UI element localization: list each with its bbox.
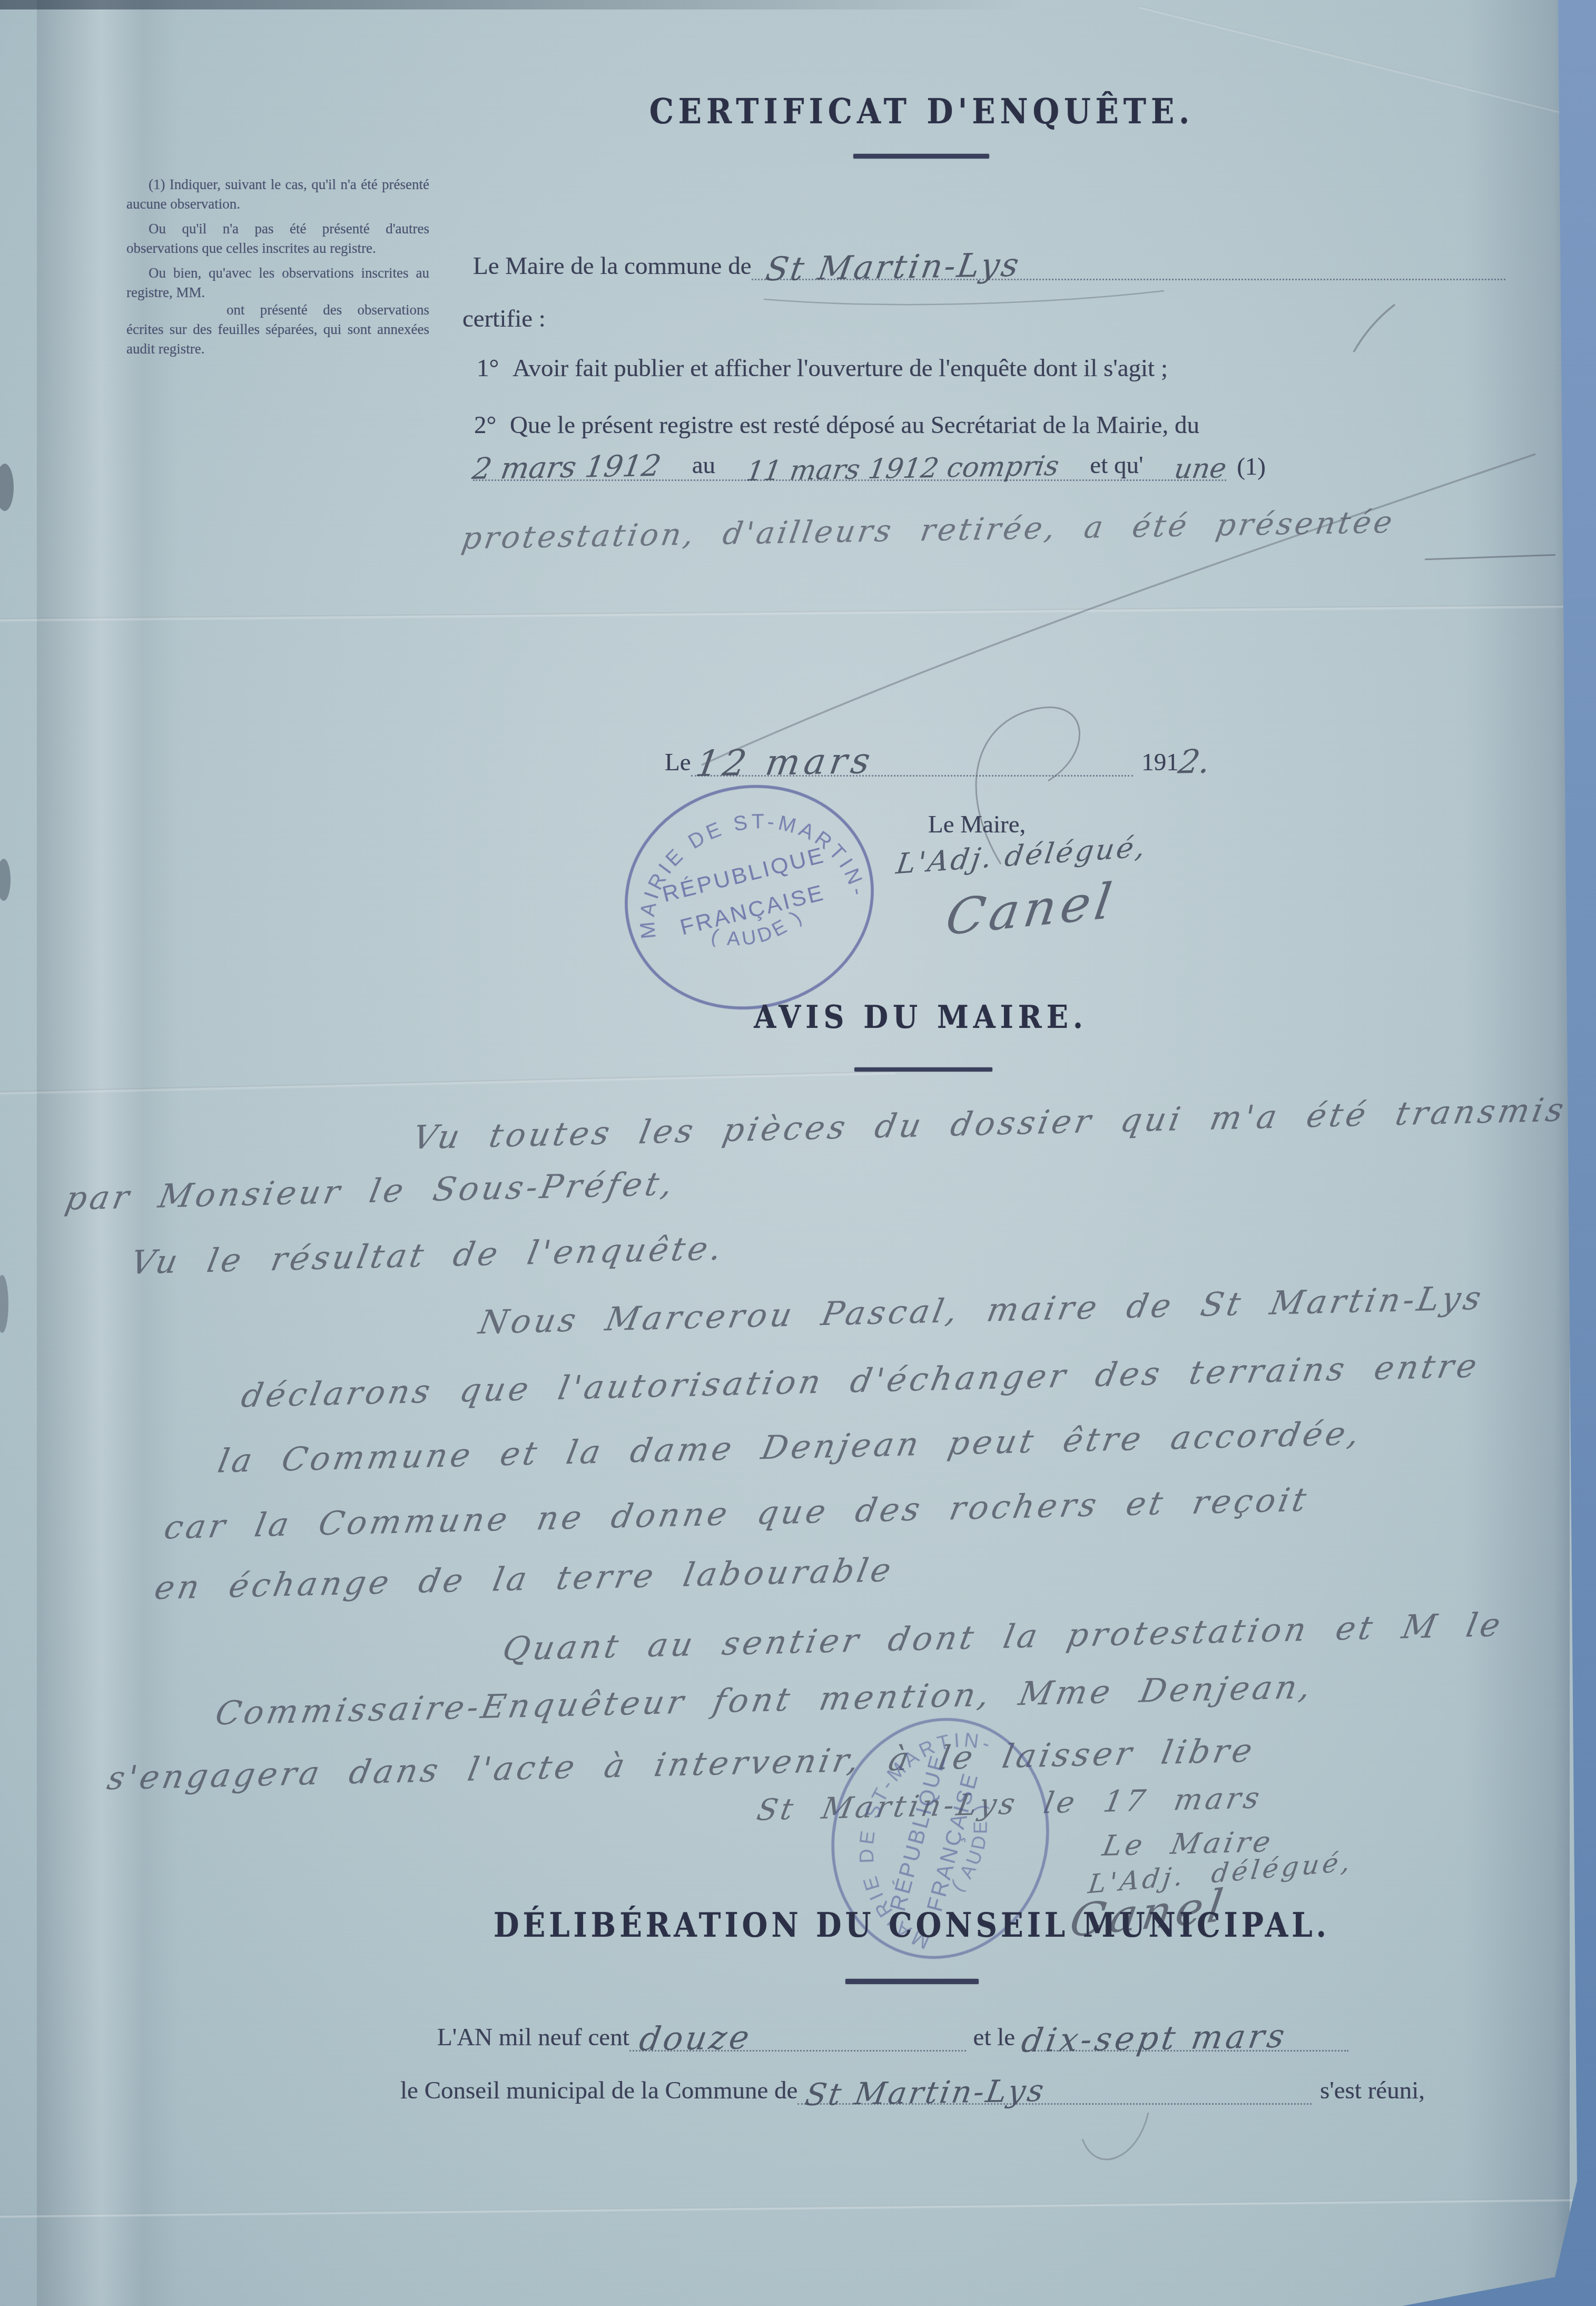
- et-le-label: et le: [973, 2023, 1016, 2052]
- item-2: 2° Que le présent registre est resté dép…: [474, 411, 1199, 439]
- avis-line-9: Quant au sentier dont la protestation et…: [500, 1605, 1507, 1668]
- reuni-label: s'est réuni,: [1320, 2076, 1425, 2105]
- handwritten-commune-2: St Martin-Lys: [803, 2073, 1048, 2113]
- bottom-descender-flourish: [1082, 2113, 1148, 2160]
- avis-line-1: Vu toutes les pièces du dossier qui m'a …: [410, 1090, 1570, 1156]
- item-2-text: Que le présent registre est resté déposé…: [510, 411, 1199, 439]
- top-edge-shadow: [0, 0, 1027, 9]
- avis-line-4: Nous Marcerou Pascal, maire de St Martin…: [476, 1279, 1487, 1341]
- avis-line-3: Vu le résultat de l'enquête.: [127, 1229, 728, 1281]
- crease-diagonal-top-right: [1139, 6, 1596, 124]
- le-maire-label: Le Maire,: [928, 810, 1026, 839]
- margin-note-paragraph-4: ont présenté des observations écrites su…: [126, 300, 429, 359]
- handwritten-an: douze: [637, 2018, 755, 2058]
- handwritten-une: une: [1173, 453, 1229, 485]
- handwritten-commune: St Martin-Lys: [763, 246, 1023, 288]
- margin-note-paragraph-2: Ou qu'il n'a pas été présenté d'autres o…: [126, 219, 429, 258]
- binding-mark-2: [0, 859, 11, 901]
- binding-mark-1: [0, 464, 14, 511]
- crease-horizontal-3: [0, 2198, 1596, 2219]
- avis-line-7: car la Commune ne donne que des rochers …: [161, 1480, 1313, 1547]
- official-stamp-mairie-2: MAIRIE DE ST-MARTIN-LYS RÉPUBLIQUE FRANÇ…: [790, 1677, 1090, 1999]
- dates-fill-line: 2 mars 1912 au 11 mars 1912 compris et q…: [473, 450, 1226, 481]
- handwritten-dixsept: dix-sept mars: [1019, 2017, 1290, 2060]
- an-label: L'AN mil neuf cent: [437, 2023, 629, 2052]
- margin-note: (1) Indiquer, suivant le cas, qu'il n'a …: [126, 175, 429, 364]
- avis-heading: AVIS DU MAIRE.: [754, 998, 1087, 1036]
- certifie-label: certifie :: [462, 305, 546, 333]
- opening-label: Le Maire de la commune de: [473, 252, 752, 280]
- commune-underline-flourish: [764, 291, 1164, 305]
- handwritten-date-from: 2 mars 1912: [470, 449, 663, 486]
- handwritten-protest-line: protestation, d'ailleurs retirée, a été …: [459, 504, 1397, 556]
- form-line-conseil: le Conseil municipal de la Commune de St…: [400, 2075, 1425, 2105]
- form-line-an: L'AN mil neuf cent douze et le dix-sept …: [437, 2019, 1348, 2052]
- margin-note-paragraph-1: (1) Indiquer, suivant le cas, qu'il n'a …: [126, 175, 429, 214]
- right-edge-shade: [1464, 0, 1570, 2306]
- protest-trailing-dash: [1425, 554, 1555, 561]
- handwritten-signature: Canel: [942, 872, 1119, 947]
- crease-horizontal-2: [0, 1071, 895, 1096]
- an-fill-line: douze: [629, 2019, 966, 2052]
- avis-line-5: déclarons que l'autorisation d'échanger …: [238, 1346, 1483, 1415]
- document-page: CERTIFICAT D'ENQUÊTE. (1) Indiquer, suiv…: [0, 0, 1596, 2306]
- le-label: Le: [665, 748, 691, 777]
- form-line-commune: Le Maire de la commune de St Martin-Lys: [473, 248, 1505, 280]
- avis-line-6: la Commune et la dame Denjean peut être …: [215, 1414, 1366, 1480]
- footnote-ref: (1): [1237, 453, 1266, 481]
- long-diagonal-pen-stroke: [702, 454, 1535, 765]
- check-pen-stroke: [1354, 305, 1395, 352]
- item-1-text: Avoir fait publier et afficher l'ouvertu…: [513, 355, 1168, 382]
- page-title: CERTIFICAT D'ENQUÊTE.: [649, 92, 1195, 132]
- avis-line-8: en échange de la terre labourable: [152, 1551, 898, 1607]
- crease-horizontal-1: [0, 604, 1596, 622]
- avis-underline: [854, 1067, 992, 1072]
- binding-mark-3: [0, 1275, 8, 1333]
- avis-line-10: Commissaire-Enquêteur font mention, Mme …: [212, 1667, 1317, 1733]
- au-label: au: [692, 451, 715, 479]
- commune-fill-line: St Martin-Lys: [752, 248, 1505, 280]
- conseil-label: le Conseil municipal de la Commune de: [400, 2076, 797, 2105]
- et-qu-label: et qu': [1090, 451, 1143, 479]
- commune-fill-line-2: St Martin-Lys: [797, 2075, 1311, 2105]
- title-underline: [853, 154, 989, 159]
- photo-backdrop: CERTIFICAT D'ENQUÊTE. (1) Indiquer, suiv…: [0, 0, 1596, 2306]
- date-fill-line-2: dix-sept mars: [1022, 2019, 1348, 2052]
- item-1-number: 1°: [477, 355, 499, 382]
- avis-line-2: par Monsieur le Sous-Préfet,: [62, 1164, 679, 1218]
- handwritten-date-to: 11 mars 1912 compris: [744, 450, 1061, 487]
- deliberation-underline: [845, 1979, 979, 1984]
- item-1: 1° Avoir fait publier et afficher l'ouve…: [477, 354, 1168, 382]
- item-2-number: 2°: [474, 411, 496, 439]
- form-line-dates: 2 mars 1912 au 11 mars 1912 compris et q…: [473, 450, 1266, 481]
- deliberation-heading: DÉLIBÉRATION DU CONSEIL MUNICIPAL.: [494, 1906, 1330, 1945]
- margin-note-paragraph-3: Ou bien, qu'avec les observations inscri…: [126, 263, 429, 302]
- handwritten-year-digit: 2.: [1176, 742, 1213, 781]
- year-printed: 191: [1141, 748, 1179, 777]
